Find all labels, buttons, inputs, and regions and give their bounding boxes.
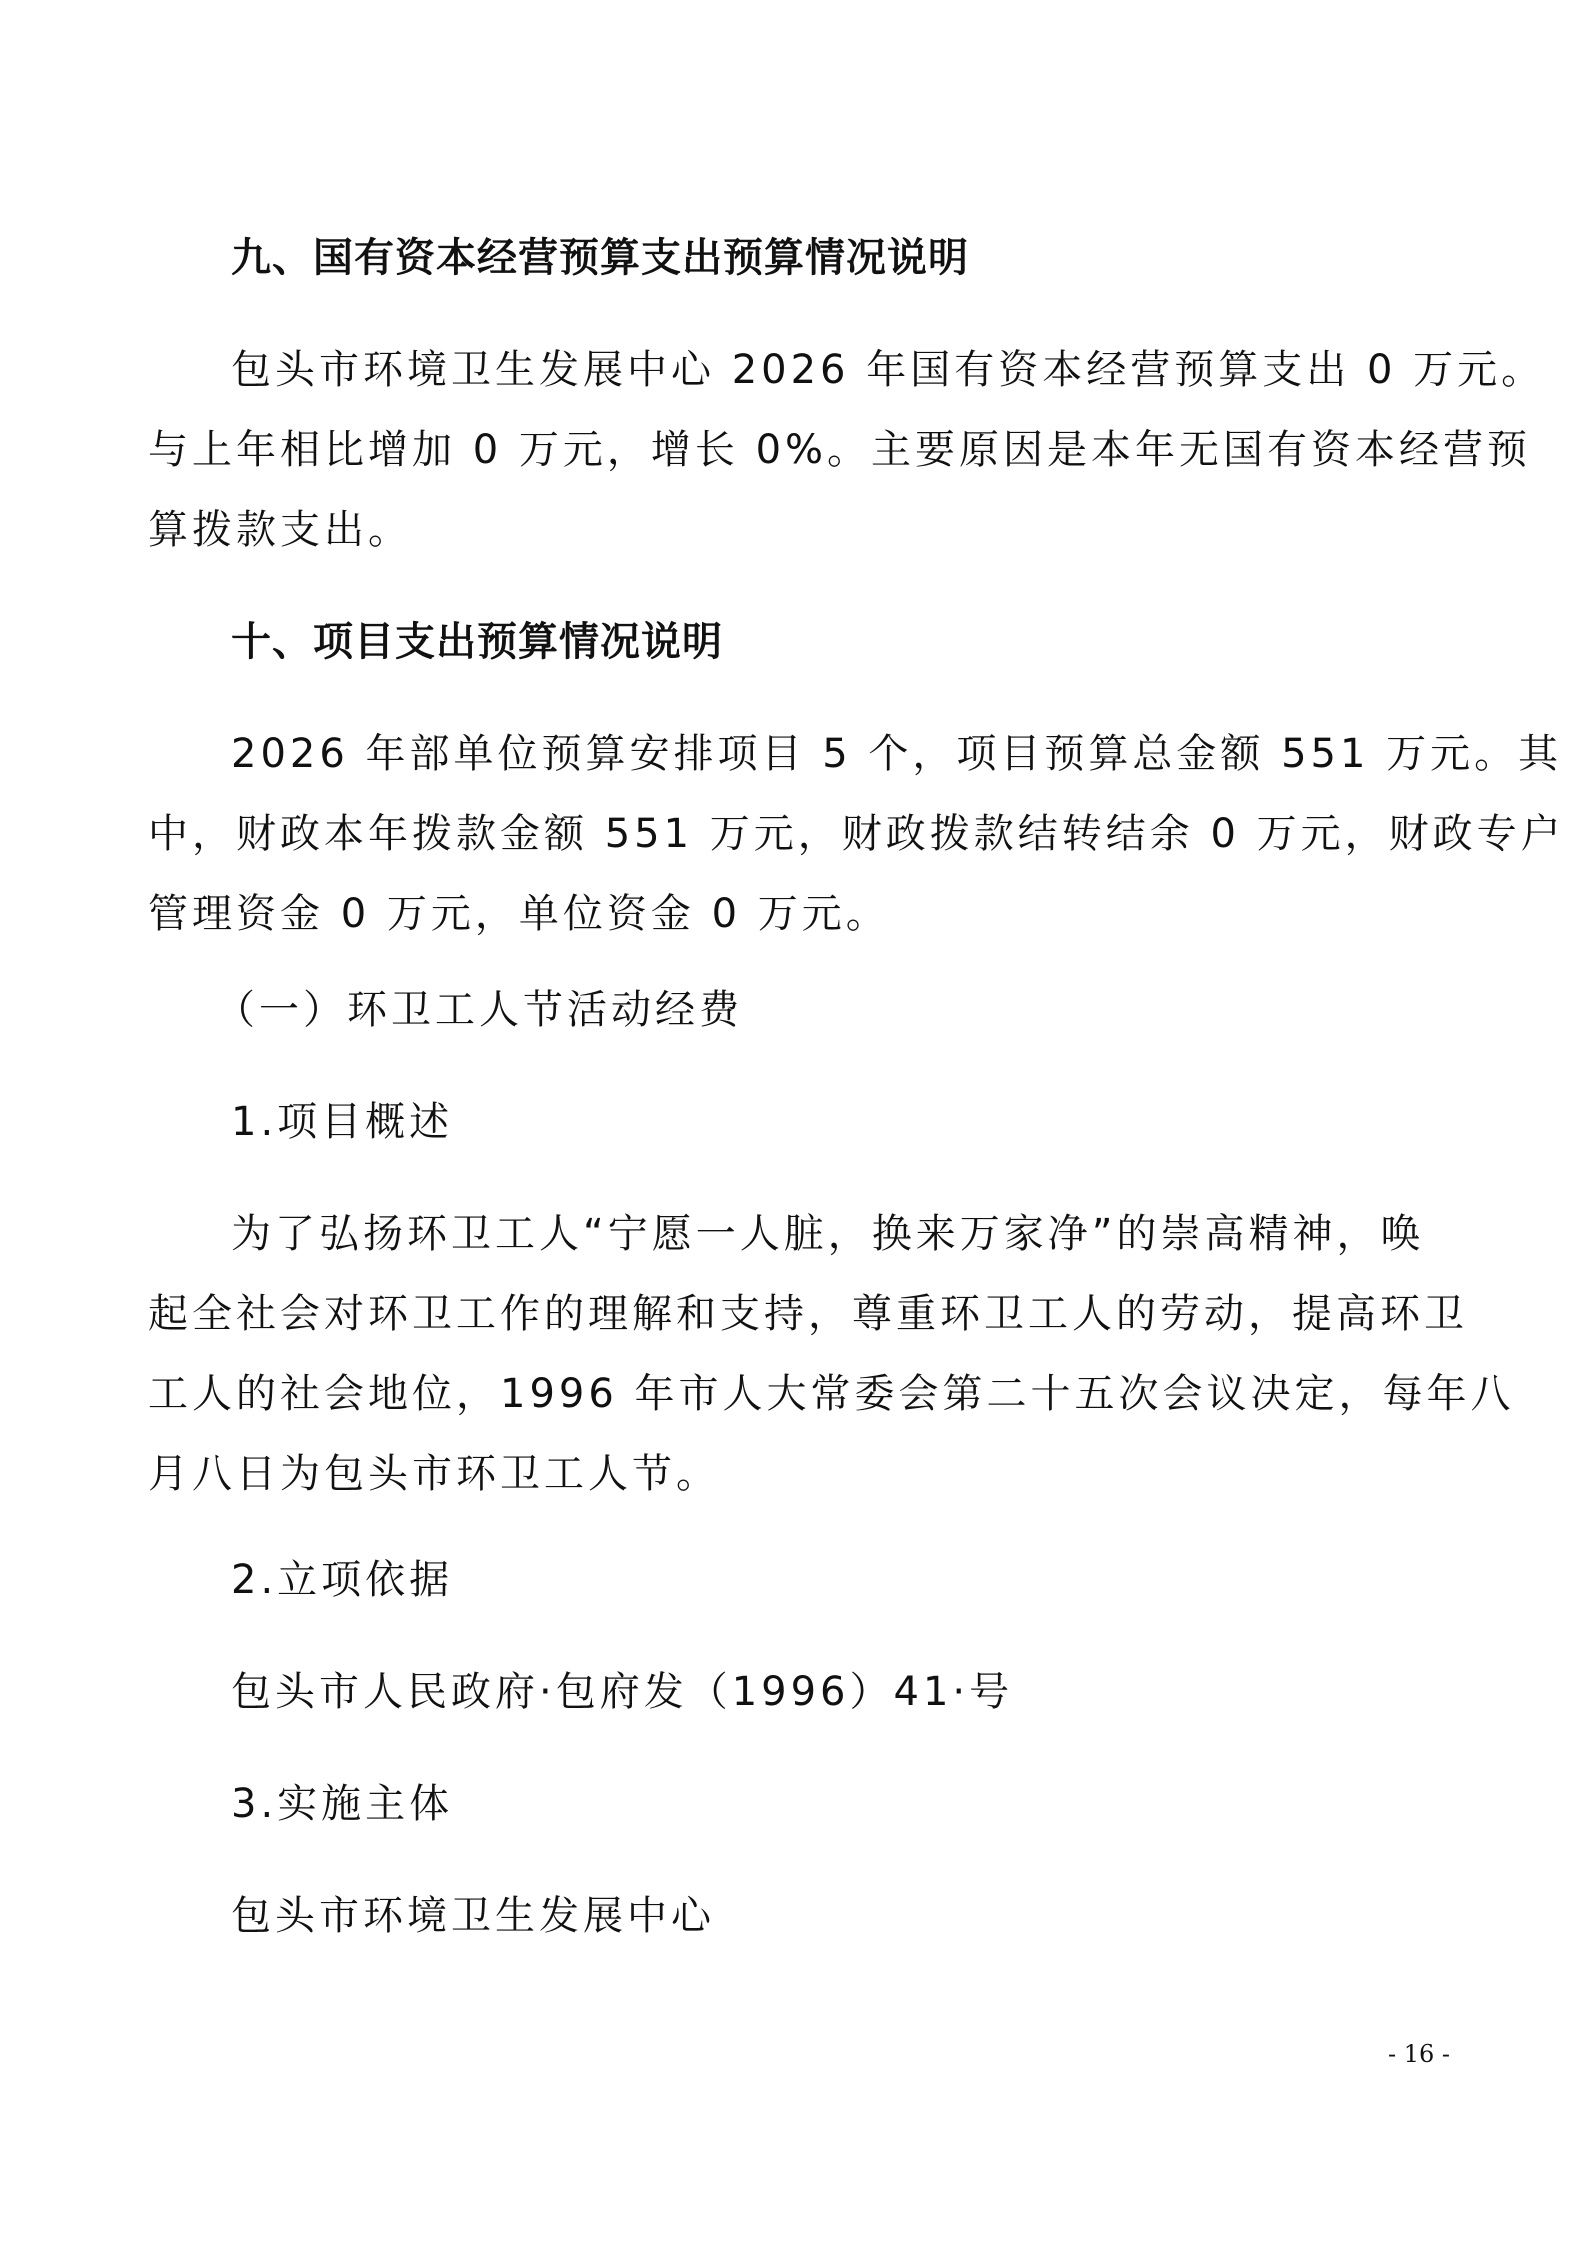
basis-heading: 2.立项依据: [231, 1556, 1531, 1604]
paragraph-line: 管理资金 0 万元，单位资金 0 万元。: [148, 890, 1448, 938]
basis-text: 包头市人民政府·包府发（1996）41·号: [231, 1668, 1531, 1716]
paragraph-line: 与上年相比增加 0 万元，增长 0%。主要原因是本年无国有资本经营预: [148, 426, 1448, 474]
section-heading-10: 十、项目支出预算情况说明: [231, 618, 1531, 666]
paragraph-line: 为了弘扬环卫工人“宁愿一人脏，换来万家净”的崇高精神，唤: [231, 1210, 1531, 1258]
page-number: - 16 -: [1388, 2040, 1450, 2068]
paragraph-line: 起全社会对环卫工作的理解和支持，尊重环卫工人的劳动，提高环卫: [148, 1290, 1448, 1338]
overview-heading: 1.项目概述: [231, 1098, 1531, 1146]
paragraph-line: 算拨款支出。: [148, 506, 1448, 554]
paragraph-line: 月八日为包头市环卫工人节。: [148, 1450, 1448, 1498]
section-heading-9: 九、国有资本经营预算支出预算情况说明: [231, 234, 1531, 282]
project-title: （一）环卫工人节活动经费: [215, 986, 1515, 1034]
document-page: 九、国有资本经营预算支出预算情况说明 包头市环境卫生发展中心 2026 年国有资…: [0, 0, 1588, 2245]
paragraph-line: 包头市环境卫生发展中心 2026 年国有资本经营预算支出 0 万元。: [231, 346, 1531, 394]
paragraph-line: 工人的社会地位，1996 年市人大常委会第二十五次会议决定，每年八: [148, 1370, 1448, 1418]
entity-heading: 3.实施主体: [231, 1780, 1531, 1828]
paragraph-line: 2026 年部单位预算安排项目 5 个，项目预算总金额 551 万元。其: [231, 730, 1531, 778]
entity-text: 包头市环境卫生发展中心: [231, 1892, 1531, 1940]
paragraph-line: 中，财政本年拨款金额 551 万元，财政拨款结转结余 0 万元，财政专户: [148, 810, 1448, 858]
